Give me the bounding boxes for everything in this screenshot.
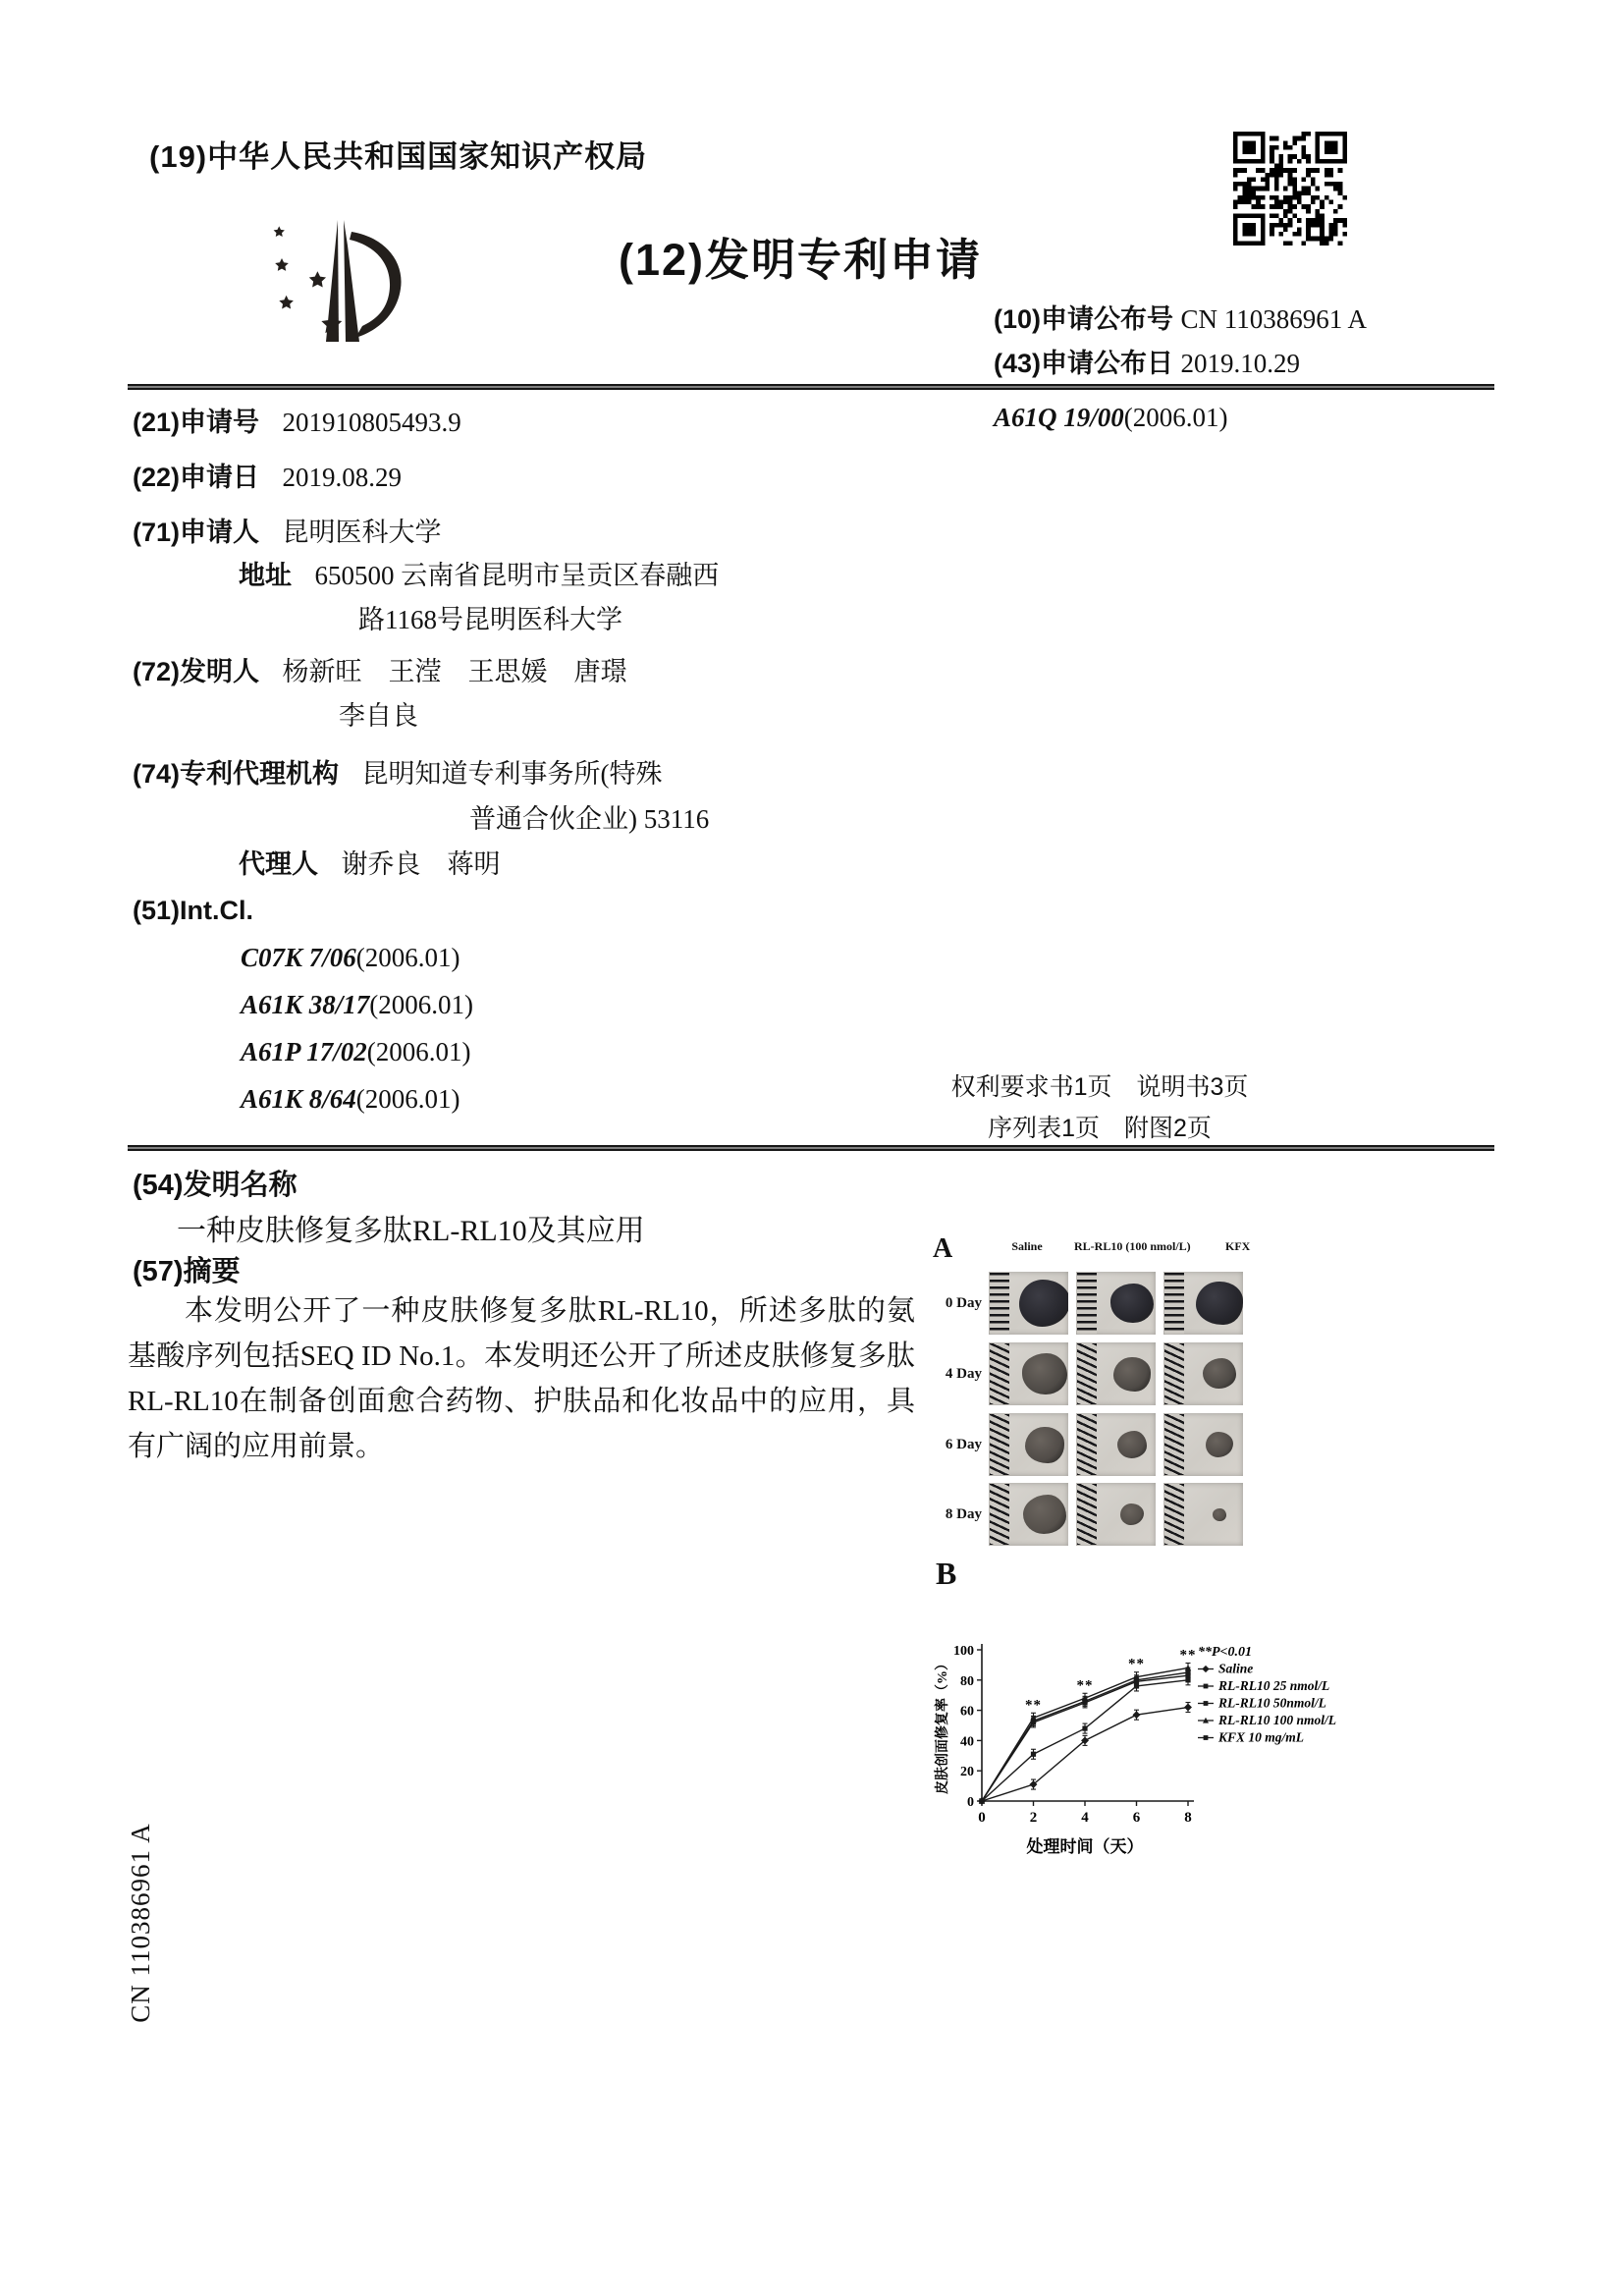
photo-row-label: 8 Day: [921, 1506, 982, 1523]
invention-title: 一种皮肤修复多肽RL-RL10及其应用: [177, 1206, 645, 1249]
svg-text:40: 40: [960, 1734, 974, 1749]
svg-text:RL-RL10 100 nmol/L: RL-RL10 100 nmol/L: [1217, 1713, 1336, 1727]
figure-panel-b-label: B: [936, 1556, 956, 1592]
wound-photo: [989, 1413, 1068, 1476]
svg-text:RL-RL10 25 nmol/L: RL-RL10 25 nmol/L: [1217, 1678, 1329, 1693]
application-number-label: (21)申请号: [133, 408, 259, 437]
wound-photo: [989, 1272, 1068, 1335]
patent-front-page: (19)中华人民共和国国家知识产权局 (12)发明专利申请 (10)申请公布号 …: [0, 0, 1622, 2296]
wound-area: [1206, 1432, 1233, 1457]
agency-value: 昆明知道专利事务所(特殊: [362, 759, 663, 789]
svg-text:**P<0.01: **P<0.01: [1198, 1645, 1252, 1660]
wound-area: [1110, 1284, 1154, 1323]
wound-area: [1120, 1503, 1144, 1525]
svg-text:处理时间（天）: 处理时间（天）: [1027, 1836, 1144, 1856]
inventors-row: (72)发明人 杨新旺 王滢 王思媛 唐璟: [133, 650, 627, 688]
wound-area: [1113, 1357, 1151, 1392]
horizontal-rule-middle: [128, 1145, 1494, 1151]
svg-text:**: **: [1025, 1697, 1042, 1713]
wound-photo: [1076, 1342, 1156, 1405]
qr-code: [1233, 132, 1347, 246]
wound-photo: [1163, 1483, 1243, 1546]
publication-number-line: (10)申请公布号 CN 110386961 A: [994, 298, 1367, 342]
ruler-scale: [1164, 1273, 1184, 1334]
intcl-entry: A61K 38/17(2006.01): [241, 990, 473, 1020]
publication-date-line: (43)申请公布日 2019.10.29: [994, 342, 1367, 386]
applicant-label: (71)申请人: [133, 518, 259, 547]
photo-row-label: 4 Day: [921, 1366, 982, 1383]
cnipa-logo-graphic: [261, 216, 426, 350]
svg-text:8: 8: [1184, 1810, 1192, 1826]
wound-photo: [989, 1483, 1068, 1546]
ruler-scale: [990, 1343, 1009, 1404]
publication-block: (10)申请公布号 CN 110386961 A (43)申请公布日 2019.…: [994, 298, 1367, 386]
page-counts: 权利要求书1页 说明书3页 序列表1页 附图2页: [938, 1066, 1262, 1149]
applicant-row: (71)申请人 昆明医科大学: [133, 511, 442, 549]
publication-number-label: (10)申请公布号: [994, 304, 1173, 334]
ruler-scale: [1164, 1484, 1184, 1545]
abstract-text: 本发明公开了一种皮肤修复多肽RL-RL10，所述多肽的氨基酸序列包括SEQ ID…: [128, 1288, 915, 1469]
wound-area: [1025, 1427, 1064, 1463]
ruler-scale: [1164, 1414, 1184, 1475]
primary-classification: A61Q 19/00(2006.01): [994, 403, 1228, 433]
publication-date-label: (43)申请公布日: [994, 349, 1173, 378]
wound-area: [1213, 1508, 1226, 1521]
svg-text:RL-RL10 50nmol/L: RL-RL10 50nmol/L: [1217, 1696, 1326, 1711]
page-counts-line2: 序列表1页 附图2页: [938, 1108, 1262, 1149]
svg-text:Saline: Saline: [1218, 1662, 1253, 1676]
svg-text:4: 4: [1081, 1810, 1089, 1826]
applicant-value: 昆明医科大学: [283, 518, 442, 547]
ruler-scale: [1077, 1484, 1097, 1545]
photo-row-4-day: 4 Day: [921, 1341, 1274, 1406]
intcl-row: (51)Int.Cl.: [133, 896, 253, 926]
wound-photo: [1163, 1413, 1243, 1476]
primary-classification-year: (2006.01): [1124, 403, 1228, 432]
ruler-scale: [1077, 1343, 1097, 1404]
document-type-title: (12)发明专利申请: [619, 224, 982, 288]
ruler-scale: [1077, 1414, 1097, 1475]
address-label: 地址: [239, 561, 292, 590]
svg-text:100: 100: [953, 1644, 974, 1659]
figure-column-headers: Saline RL-RL10 (100 nmol/L) KFX: [980, 1239, 1263, 1254]
application-date-value: 2019.08.29: [283, 463, 403, 492]
primary-classification-code: A61Q 19/00: [994, 403, 1124, 432]
address-row: 地址 650500 云南省昆明市呈贡区春融西: [239, 554, 719, 592]
application-number-row: (21)申请号 201910805493.9: [133, 401, 461, 439]
office-name: (19)中华人民共和国国家知识产权局: [149, 132, 647, 176]
abstract-label: (57)摘要: [133, 1249, 241, 1289]
wound-area: [1022, 1353, 1067, 1394]
inventors-line1: 杨新旺 王滢 王思媛 唐璟: [283, 657, 627, 686]
address-value: 650500 云南省昆明市呈贡区春融西: [315, 561, 720, 590]
agent-label: 代理人: [239, 849, 318, 879]
ruler-scale: [1164, 1343, 1184, 1404]
agency-line2: 普通合伙企业) 53116: [469, 797, 709, 836]
photo-row-8-day: 8 Day: [921, 1482, 1274, 1547]
application-date-row: (22)申请日 2019.08.29: [133, 456, 402, 494]
wound-healing-chart: 02040608010002468皮肤创面修复率（%）处理时间（天）******…: [931, 1613, 1343, 1870]
svg-text:80: 80: [960, 1674, 974, 1689]
side-publication-code: CN 110386961 A: [126, 1810, 159, 2036]
svg-text:0: 0: [967, 1795, 974, 1810]
svg-text:0: 0: [978, 1810, 986, 1826]
agency-row: (74)专利代理机构 昆明知道专利事务所(特殊: [133, 752, 663, 791]
intcl-entry: A61P 17/02(2006.01): [241, 1037, 473, 1067]
wound-photo: [1163, 1342, 1243, 1405]
intcl-entry: A61K 8/64(2006.01): [241, 1084, 473, 1115]
photo-row-6-day: 6 Day: [921, 1412, 1274, 1477]
agency-label: (74)专利代理机构: [133, 759, 339, 789]
intcl-entry: C07K 7/06(2006.01): [241, 943, 473, 973]
svg-text:2: 2: [1030, 1810, 1038, 1826]
publication-date-value: 2019.10.29: [1181, 349, 1301, 378]
wound-photo: [1076, 1483, 1156, 1546]
ruler-scale: [990, 1273, 1009, 1334]
application-date-label: (22)申请日: [133, 463, 259, 492]
wound-area: [1019, 1280, 1068, 1327]
ruler-scale: [990, 1414, 1009, 1475]
intcl-label: (51)Int.Cl.: [133, 896, 253, 925]
publication-number-value: CN 110386961 A: [1181, 304, 1368, 334]
svg-text:**: **: [1180, 1647, 1197, 1663]
svg-text:20: 20: [960, 1765, 974, 1779]
line-chart: 02040608010002468皮肤创面修复率（%）处理时间（天）******…: [931, 1613, 1343, 1870]
application-number-value: 201910805493.9: [283, 408, 461, 437]
figure-col-rlrl10: RL-RL10 (100 nmol/L): [1074, 1239, 1191, 1254]
qr-code-image: [1233, 132, 1347, 246]
svg-text:**: **: [1077, 1677, 1094, 1693]
ruler-scale: [1077, 1273, 1097, 1334]
cnipa-logo-icon: [261, 216, 426, 350]
photo-row-label: 6 Day: [921, 1437, 982, 1453]
wound-photo: [1076, 1272, 1156, 1335]
svg-text:KFX 10 mg/mL: KFX 10 mg/mL: [1217, 1730, 1304, 1745]
wound-area: [1203, 1358, 1236, 1389]
inventors-label: (72)发明人: [133, 657, 259, 686]
photo-row-0-day: 0 Day: [921, 1271, 1274, 1336]
wound-photo: [989, 1342, 1068, 1405]
invention-title-label: (54)发明名称: [133, 1163, 297, 1203]
figure-col-kfx: KFX: [1191, 1239, 1285, 1254]
svg-text:皮肤创面修复率（%）: 皮肤创面修复率（%）: [934, 1657, 950, 1794]
photo-row-label: 0 Day: [921, 1295, 982, 1312]
figure-panel-a-label: A: [933, 1233, 952, 1265]
ruler-scale: [990, 1484, 1009, 1545]
agent-value: 谢乔良 蒋明: [342, 849, 501, 879]
address-line2: 路1168号昆明医科大学: [358, 598, 622, 636]
wound-photo: [1076, 1413, 1156, 1476]
wound-area: [1117, 1431, 1147, 1458]
intcl-list: C07K 7/06(2006.01)A61K 38/17(2006.01)A61…: [241, 943, 473, 1131]
wound-area: [1196, 1282, 1243, 1325]
horizontal-rule-top: [128, 384, 1494, 390]
svg-text:**: **: [1128, 1657, 1145, 1672]
inventors-line2: 李自良: [339, 694, 418, 733]
page-counts-line1: 权利要求书1页 说明书3页: [938, 1066, 1262, 1108]
svg-text:60: 60: [960, 1705, 974, 1720]
agent-row: 代理人 谢乔良 蒋明: [239, 843, 501, 881]
figure-col-saline: Saline: [980, 1239, 1074, 1254]
wound-photo: [1163, 1272, 1243, 1335]
wound-area: [1023, 1495, 1066, 1534]
svg-text:6: 6: [1133, 1810, 1141, 1826]
